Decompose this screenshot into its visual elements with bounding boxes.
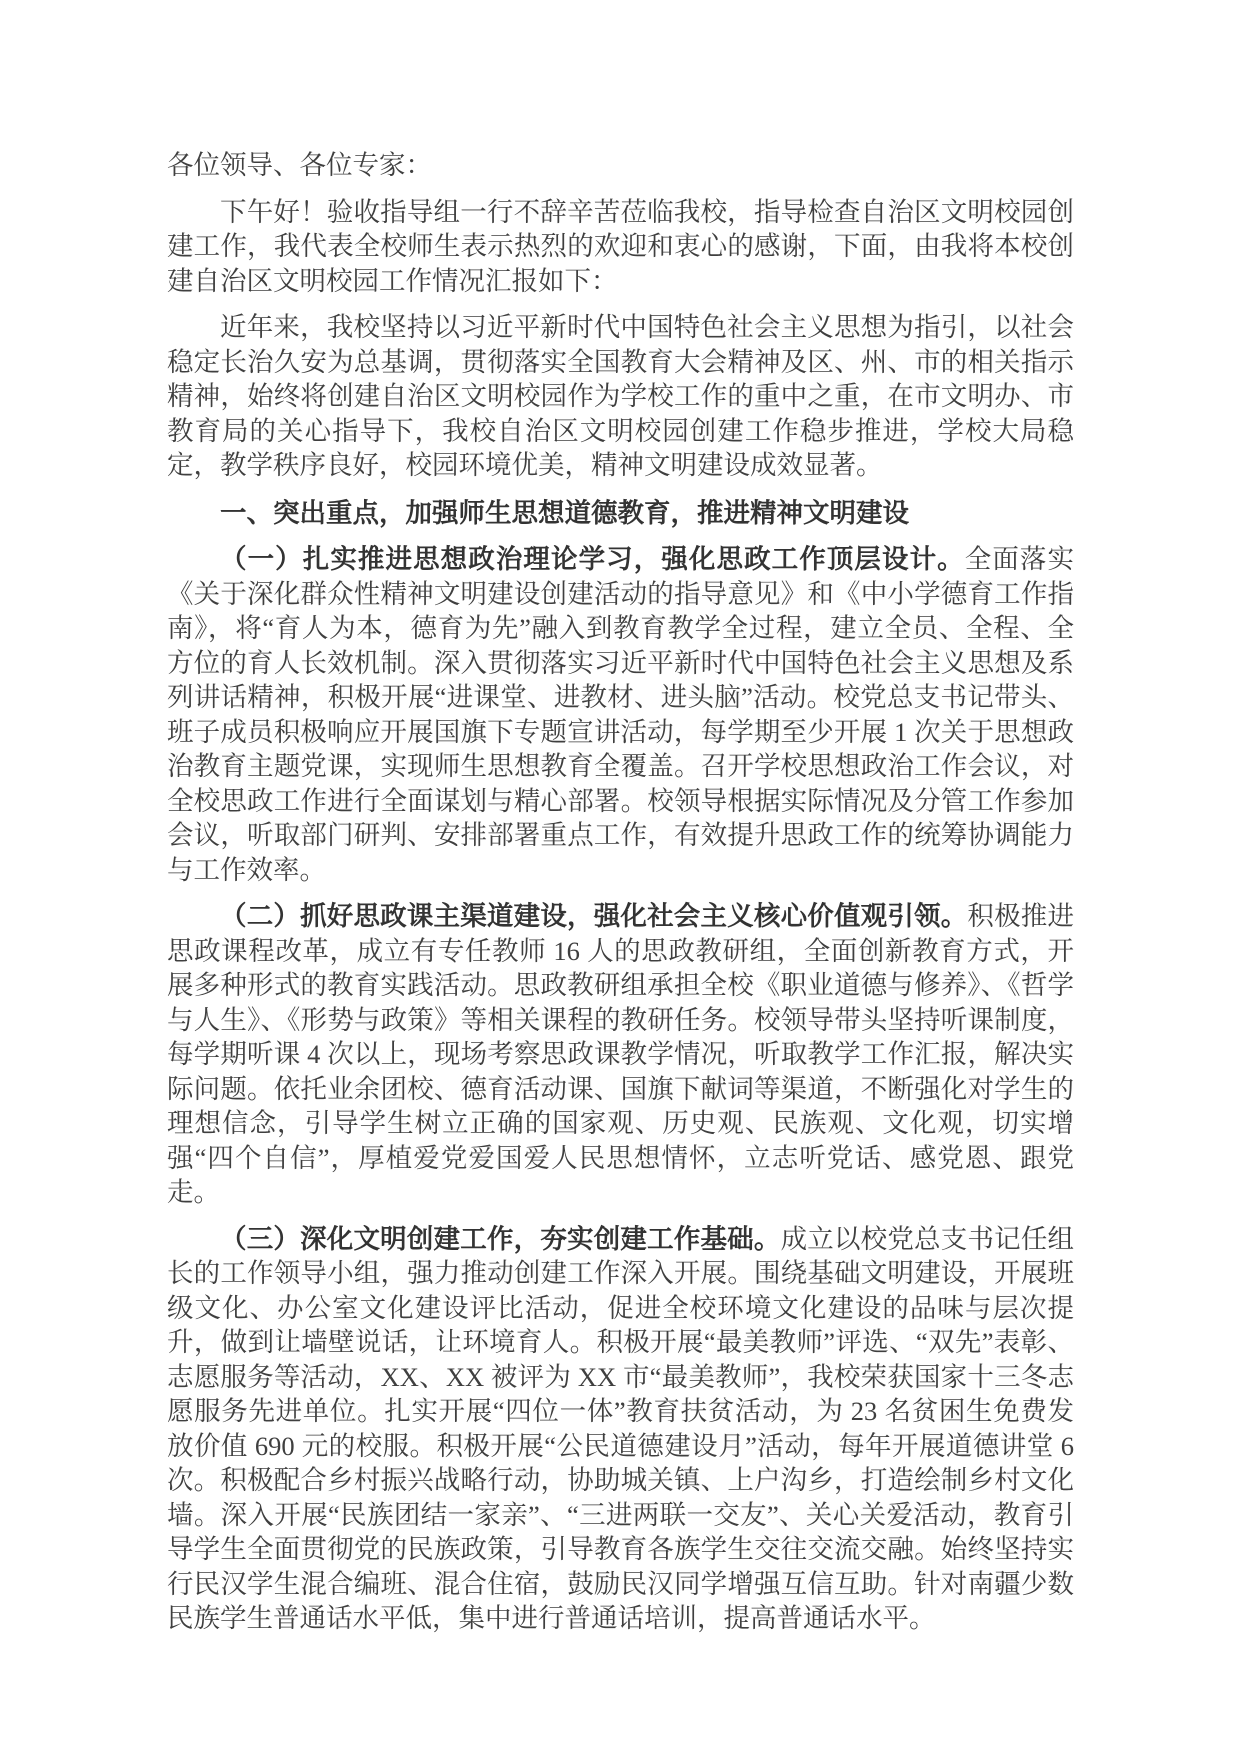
section-1-heading: 一、突出重点，加强师生思想道德教育，推进精神文明建设 (167, 496, 1074, 531)
subsection-3-text: 成立以校党总支书记任组长的工作领导小组，强力推动创建工作深入开展。围绕基础文明建… (167, 1224, 1074, 1634)
opening-paragraph: 下午好！验收指导组一行不辞辛苦莅临我校，指导检查自治区文明校园创建工作，我代表全… (167, 195, 1074, 299)
subsection-1-paragraph: （一）扎实推进思想政治理论学习，强化思政工作顶层设计。全面落实《关于深化群众性精… (167, 542, 1074, 887)
subsection-3-lead: （三）深化文明创建工作，夯实创建工作基础。 (220, 1224, 781, 1254)
document-page: 各位领导、各位专家： 下午好！验收指导组一行不辞辛苦莅临我校，指导检查自治区文明… (167, 148, 1074, 1636)
subsection-2-lead: （二）抓好思政课主渠道建设，强化社会主义核心价值观引领。 (220, 901, 967, 931)
overview-paragraph: 近年来，我校坚持以习近平新时代中国特色社会主义思想为指引，以社会稳定长治久安为总… (167, 310, 1074, 483)
subsection-3-paragraph: （三）深化文明创建工作，夯实创建工作基础。成立以校党总支书记任组长的工作领导小组… (167, 1222, 1074, 1636)
subsection-1-lead: （一）扎实推进思想政治理论学习，强化思政工作顶层设计。 (220, 544, 965, 574)
salutation: 各位领导、各位专家： (167, 148, 1074, 183)
subsection-2-paragraph: （二）抓好思政课主渠道建设，强化社会主义核心价值观引领。积极推进思政课程改革，成… (167, 899, 1074, 1210)
subsection-1-text: 全面落实《关于深化群众性精神文明建设创建活动的指导意见》和《中小学德育工作指南》… (167, 544, 1074, 885)
subsection-2-text: 积极推进思政课程改革，成立有专任教师 16 人的思政教研组，全面创新教育方式，开… (167, 901, 1074, 1207)
